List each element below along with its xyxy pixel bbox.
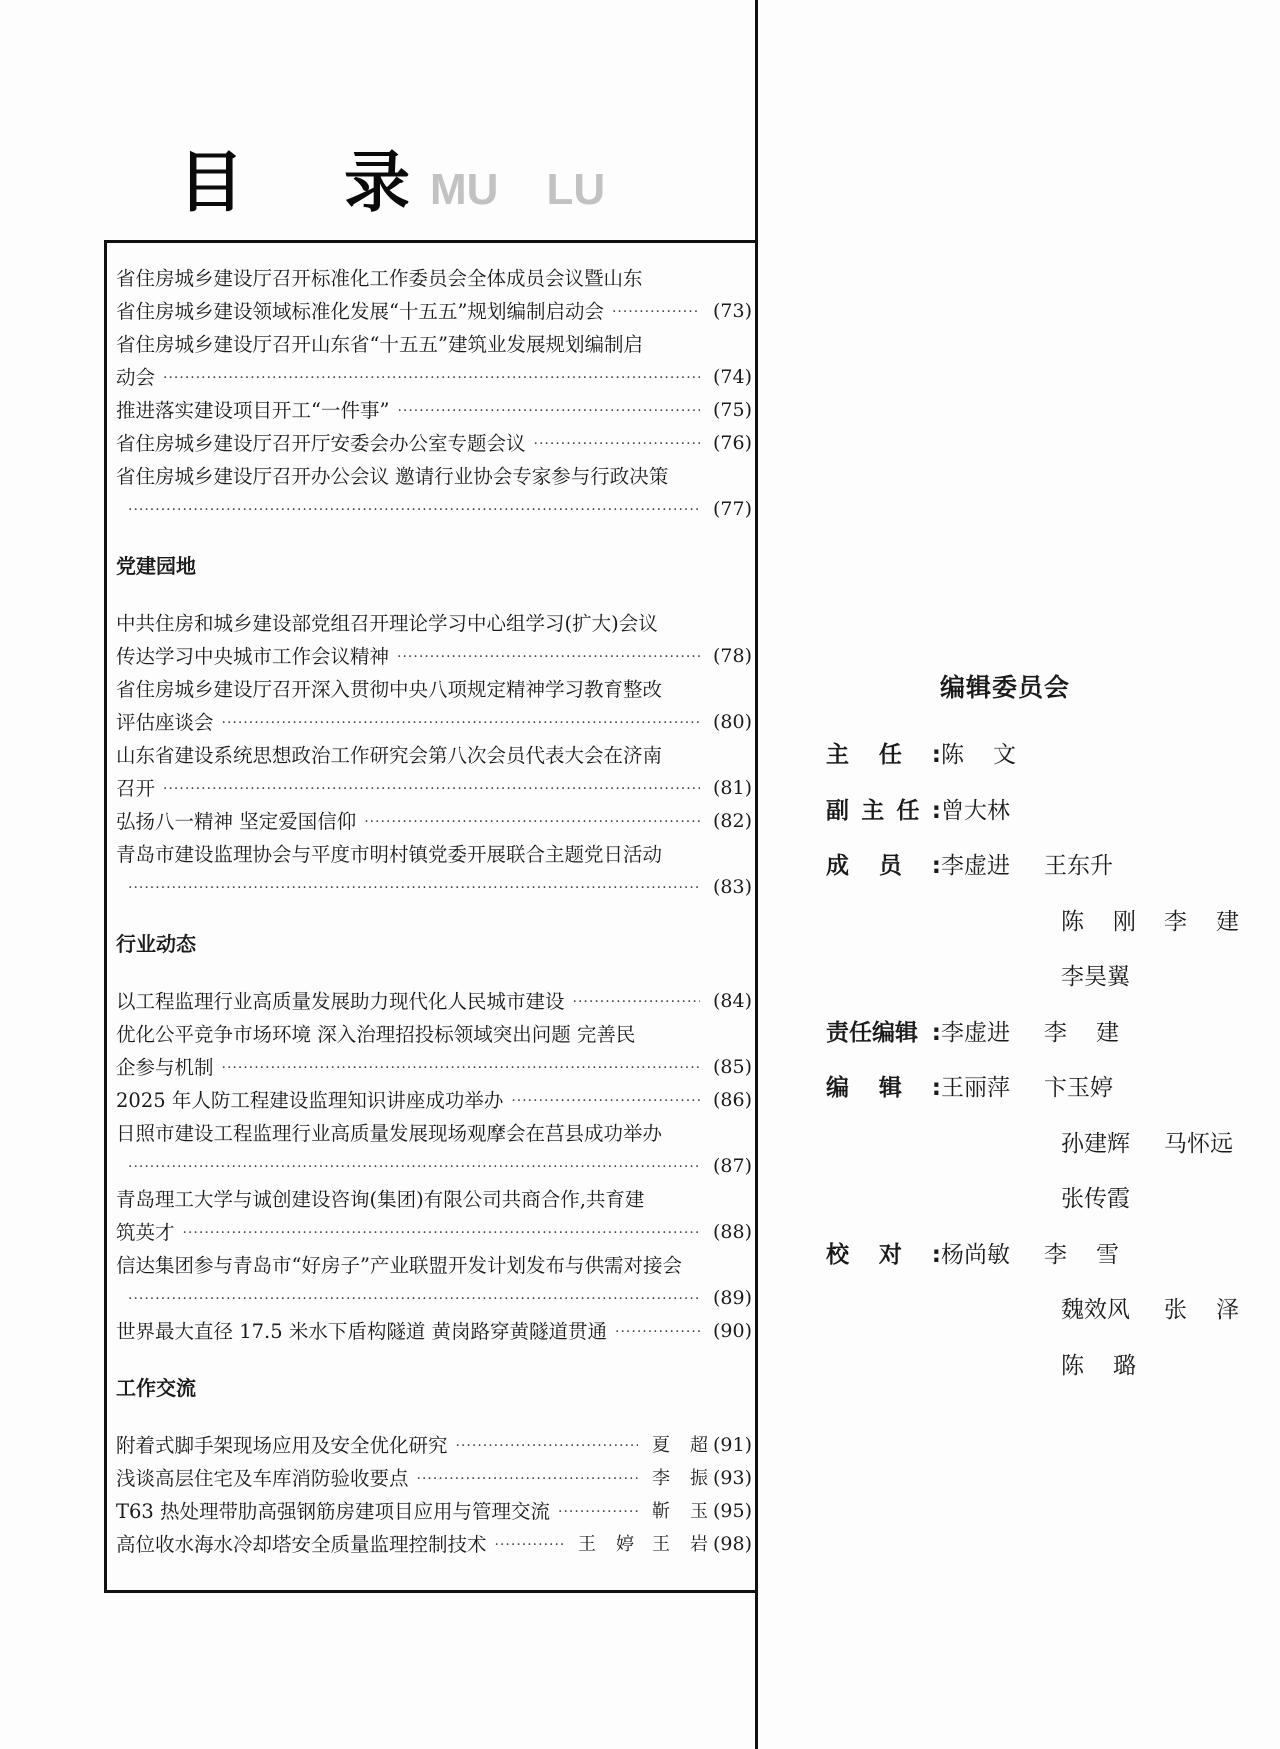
person-name: 李昊翼 [1061, 957, 1136, 997]
table-of-contents: 省住房城乡建设厅召开标准化工作委员会全体成员会议暨山东省住房城乡建设领域标准化发… [116, 262, 752, 1561]
toc-entry[interactable]: (83) [116, 871, 752, 904]
leader-dots [417, 1463, 638, 1496]
toc-page-number: (75) [710, 394, 752, 427]
toc-entry[interactable]: 召开(81) [116, 772, 752, 805]
toc-page-number: (78) [710, 640, 752, 673]
person-name: 李雪 [1044, 1235, 1119, 1275]
committee-names: 张传霞 [1061, 1179, 1164, 1219]
committee-row: 李昊翼 [826, 957, 1164, 997]
person-name: 张泽 [1164, 1290, 1239, 1330]
toc-page-number: (73) [710, 295, 752, 328]
committee-row: 陈璐 [826, 1346, 1164, 1386]
person-name: 孙建辉 [1061, 1124, 1136, 1164]
toc-page-number: (90) [710, 1315, 752, 1348]
committee-names: 陈文 [941, 735, 1044, 775]
toc-page-number: (89) [710, 1282, 752, 1315]
toc-entry-title: 青岛理工大学与诚创建设咨询(集团)有限公司共商合作,共育建 [116, 1183, 644, 1216]
person-name: 陈璐 [1061, 1346, 1136, 1386]
toc-page-number: (87) [710, 1150, 752, 1183]
leader-dots [163, 362, 700, 395]
person-name: 张传霞 [1061, 1179, 1136, 1219]
committee-role-label [826, 902, 946, 942]
committee-names: 李昊翼 [1061, 957, 1164, 997]
leader-dots [511, 1085, 700, 1118]
committee-role-label: 责任编辑: [826, 1013, 941, 1053]
person-name: 杨尚敏 [941, 1235, 1016, 1275]
toc-page-number: (98) [712, 1528, 752, 1561]
person-name: 李虚进 [941, 846, 1016, 886]
committee-names: 陈璐 [1061, 1346, 1164, 1386]
committee-names: 李虚进王东升 [941, 846, 1147, 886]
title-pinyin-lu: LU [546, 168, 605, 212]
toc-entry-title: 浅谈高层住宅及车库消防验收要点 [116, 1462, 409, 1495]
committee-role-label [826, 1179, 946, 1219]
toc-entry[interactable]: 评估座谈会(80) [116, 706, 752, 739]
toc-entry-author: 李振 [652, 1462, 712, 1495]
toc-page-number: (77) [710, 493, 752, 526]
leader-dots [534, 428, 700, 461]
title-char-mu: 目 [178, 148, 244, 218]
person-name: 卞玉婷 [1044, 1068, 1119, 1108]
toc-entry-line: 中共住房和城乡建设部党组召开理论学习中心组学习(扩大)会议 [116, 607, 752, 640]
toc-page-number: (81) [710, 772, 752, 805]
title-char-lu: 录 [344, 148, 410, 218]
toc-entry[interactable]: (77) [116, 493, 752, 526]
toc-page-number: (85) [710, 1051, 752, 1084]
committee-names: 王丽萍卞玉婷 [941, 1068, 1147, 1108]
person-name: 马怀远 [1164, 1124, 1239, 1164]
page-title: 目 录 MU LU [178, 138, 605, 218]
page-divider-line [755, 0, 758, 1749]
leader-dots [364, 806, 700, 839]
toc-entry[interactable]: (87) [116, 1150, 752, 1183]
toc-entry-title: 信达集团参与青岛市“好房子”产业联盟开发计划发布与供需对接会 [116, 1249, 682, 1282]
title-pinyin-mu: MU [430, 168, 498, 212]
committee-row: 校对:杨尚敏李雪 [826, 1235, 1147, 1275]
committee-role-label [826, 957, 946, 997]
toc-entry-line: 信达集团参与青岛市“好房子”产业联盟开发计划发布与供需对接会 [116, 1249, 752, 1282]
toc-page-number: (84) [710, 985, 752, 1018]
toc-entry[interactable]: 以工程监理行业高质量发展助力现代化人民城市建设(84) [116, 985, 752, 1018]
toc-entry-title: 省住房城乡建设领域标准化发展“十五五”规划编制启动会 [116, 295, 604, 328]
leader-dots [612, 296, 700, 329]
leader-dots [397, 641, 700, 674]
toc-entry-line: 省住房城乡建设厅召开深入贯彻中央八项规定精神学习教育整改 [116, 673, 752, 706]
committee-row: 成员:李虚进王东升 [826, 846, 1147, 886]
author-name: 李振 [652, 1462, 708, 1495]
toc-entry-title: 青岛市建设监理协会与平度市明村镇党委开展联合主题党日活动 [116, 838, 662, 871]
committee-role-label [826, 1290, 946, 1330]
committee-role-label [826, 1124, 946, 1164]
section-heading: 党建园地 [116, 550, 752, 583]
leader-dots [222, 1052, 700, 1085]
toc-entry-line: 山东省建设系统思想政治工作研究会第八次会员代表大会在济南 [116, 739, 752, 772]
person-name: 曾大林 [941, 791, 1016, 831]
toc-entry-title: 附着式脚手架现场应用及安全优化研究 [116, 1429, 448, 1462]
toc-page-number: (93) [712, 1462, 752, 1495]
person-name: 李建 [1164, 902, 1239, 942]
toc-entry[interactable]: (89) [116, 1282, 752, 1315]
toc-entry-title: T63 热处理带肋高强钢筋房建项目应用与管理交流 [116, 1495, 550, 1528]
toc-page-number: (88) [710, 1216, 752, 1249]
committee-names: 李虚进李建 [941, 1013, 1147, 1053]
toc-page-number: (76) [710, 427, 752, 460]
toc-entry[interactable]: 高位收水海水冷却塔安全质量监理控制技术王婷王岩(98) [116, 1528, 752, 1561]
person-name: 陈刚 [1061, 902, 1136, 942]
toc-entry-title: 以工程监理行业高质量发展助力现代化人民城市建设 [116, 985, 565, 1018]
committee-names: 陈刚李建 [1061, 902, 1267, 942]
committee-title: 编辑委员会 [940, 668, 1070, 704]
leader-dots [183, 1217, 700, 1250]
toc-entry[interactable]: 传达学习中央城市工作会议精神(78) [116, 640, 752, 673]
leader-dots [163, 773, 700, 806]
toc-entry[interactable]: 省住房城乡建设领域标准化发展“十五五”规划编制启动会(73) [116, 295, 752, 328]
committee-row: 责任编辑:李虚进李建 [826, 1013, 1147, 1053]
committee-row: 主任:陈文 [826, 735, 1044, 775]
toc-entry-author: 夏超 [652, 1429, 712, 1462]
leader-dots [495, 1529, 564, 1562]
toc-entry-line: 青岛理工大学与诚创建设咨询(集团)有限公司共商合作,共育建 [116, 1183, 752, 1216]
toc-entry[interactable]: 2025 年人防工程建设监理知识讲座成功举办(86) [116, 1084, 752, 1117]
leader-dots [558, 1496, 638, 1529]
committee-row: 副主任:曾大林 [826, 791, 1044, 831]
toc-entry-line: 优化公平竞争市场环境 深入治理招投标领域突出问题 完善民 [116, 1018, 752, 1051]
toc-entry-title: 山东省建设系统思想政治工作研究会第八次会员代表大会在济南 [116, 739, 662, 772]
toc-entry-title: 筑英才 [116, 1216, 175, 1249]
toc-entry-line: 省住房城乡建设厅召开标准化工作委员会全体成员会议暨山东 [116, 262, 752, 295]
toc-entry-title: 召开 [116, 772, 155, 805]
toc-entry[interactable]: T63 热处理带肋高强钢筋房建项目应用与管理交流靳玉(95) [116, 1495, 752, 1528]
toc-entry-line: 省住房城乡建设厅召开山东省“十五五”建筑业发展规划编制启 [116, 328, 752, 361]
toc-entry-title: 评估座谈会 [116, 706, 214, 739]
leader-dots [128, 1151, 700, 1184]
author-name: 靳玉 [652, 1495, 708, 1528]
toc-entry[interactable]: 企参与机制(85) [116, 1051, 752, 1084]
toc-entry-title: 省住房城乡建设厅召开办公会议 邀请行业协会专家参与行政决策 [116, 460, 668, 493]
toc-entry-title: 企参与机制 [116, 1051, 214, 1084]
toc-entry[interactable]: 筑英才(88) [116, 1216, 752, 1249]
toc-entry-line: 省住房城乡建设厅召开办公会议 邀请行业协会专家参与行政决策 [116, 460, 752, 493]
toc-entry-title: 高位收水海水冷却塔安全质量监理控制技术 [116, 1528, 487, 1561]
toc-entry-title: 优化公平竞争市场环境 深入治理招投标领域突出问题 完善民 [116, 1018, 635, 1051]
toc-entry-title: 弘扬八一精神 坚定爱国信仰 [116, 805, 356, 838]
toc-entry-title: 日照市建设工程监理行业高质量发展现场观摩会在莒县成功举办 [116, 1117, 662, 1150]
person-name: 陈文 [941, 735, 1016, 775]
toc-entry[interactable]: 动会(74) [116, 361, 752, 394]
leader-dots [128, 494, 700, 527]
toc-entry[interactable]: 省住房城乡建设厅召开厅安委会办公室专题会议(76) [116, 427, 752, 460]
author-name: 王婷 [578, 1528, 634, 1561]
toc-page-number: (83) [710, 871, 752, 904]
toc-entry-author: 靳玉 [652, 1495, 712, 1528]
toc-page-number: (91) [712, 1429, 752, 1462]
committee-role-label: 主任: [826, 735, 941, 775]
committee-row: 编辑:王丽萍卞玉婷 [826, 1068, 1147, 1108]
leader-dots [615, 1316, 700, 1349]
committee-role-label: 成员: [826, 846, 941, 886]
committee-names: 孙建辉马怀远 [1061, 1124, 1267, 1164]
toc-entry[interactable]: 弘扬八一精神 坚定爱国信仰(82) [116, 805, 752, 838]
toc-entry[interactable]: 世界最大直径 17.5 米水下盾构隧道 黄岗路穿黄隧道贯通(90) [116, 1315, 752, 1348]
toc-entry-title: 2025 年人防工程建设监理知识讲座成功举办 [116, 1084, 503, 1117]
person-name: 李建 [1044, 1013, 1119, 1053]
section-heading: 行业动态 [116, 928, 752, 961]
toc-page-number: (80) [710, 706, 752, 739]
leader-dots [397, 395, 700, 428]
leader-dots [222, 707, 700, 740]
committee-role-label [826, 1346, 946, 1386]
toc-entry-title: 省住房城乡建设厅召开山东省“十五五”建筑业发展规划编制启 [116, 328, 643, 361]
toc-entry-title: 省住房城乡建设厅召开深入贯彻中央八项规定精神学习教育整改 [116, 673, 662, 706]
toc-entry-title: 省住房城乡建设厅召开厅安委会办公室专题会议 [116, 427, 526, 460]
leader-dots [456, 1430, 638, 1463]
committee-row: 魏效风张泽 [826, 1290, 1267, 1330]
person-name: 王东升 [1044, 846, 1119, 886]
committee-row: 陈刚李建 [826, 902, 1267, 942]
committee-names: 杨尚敏李雪 [941, 1235, 1147, 1275]
toc-entry-line: 日照市建设工程监理行业高质量发展现场观摩会在莒县成功举办 [116, 1117, 752, 1150]
committee-role-label: 副主任: [826, 791, 941, 831]
toc-entry-title: 推进落实建设项目开工“一件事” [116, 394, 389, 427]
person-name: 王丽萍 [941, 1068, 1016, 1108]
toc-entry-title: 传达学习中央城市工作会议精神 [116, 640, 389, 673]
committee-row: 张传霞 [826, 1179, 1164, 1219]
committee-role-label: 校对: [826, 1235, 941, 1275]
committee-names: 魏效风张泽 [1061, 1290, 1267, 1330]
toc-entry[interactable]: 附着式脚手架现场应用及安全优化研究夏超(91) [116, 1429, 752, 1462]
toc-entry-title: 动会 [116, 361, 155, 394]
toc-page-number: (86) [710, 1084, 752, 1117]
leader-dots [128, 872, 700, 905]
toc-page-number: (74) [710, 361, 752, 394]
toc-entry-line: 青岛市建设监理协会与平度市明村镇党委开展联合主题党日活动 [116, 838, 752, 871]
toc-entry[interactable]: 推进落实建设项目开工“一件事”(75) [116, 394, 752, 427]
author-name: 王岩 [652, 1528, 708, 1561]
committee-role-label: 编辑: [826, 1068, 941, 1108]
leader-dots [573, 986, 700, 1019]
person-name: 魏效风 [1061, 1290, 1136, 1330]
toc-entry-title: 世界最大直径 17.5 米水下盾构隧道 黄岗路穿黄隧道贯通 [116, 1315, 607, 1348]
section-heading: 工作交流 [116, 1372, 752, 1405]
person-name: 李虚进 [941, 1013, 1016, 1053]
committee-names: 曾大林 [941, 791, 1044, 831]
toc-entry-author: 王婷王岩 [578, 1528, 712, 1561]
toc-page-number: (95) [712, 1495, 752, 1528]
toc-entry-title: 省住房城乡建设厅召开标准化工作委员会全体成员会议暨山东 [116, 262, 643, 295]
toc-page-number: (82) [710, 805, 752, 838]
leader-dots [128, 1283, 700, 1316]
author-name: 夏超 [652, 1429, 708, 1462]
toc-entry[interactable]: 浅谈高层住宅及车库消防验收要点李振(93) [116, 1462, 752, 1495]
toc-entry-title: 中共住房和城乡建设部党组召开理论学习中心组学习(扩大)会议 [116, 607, 658, 640]
committee-row: 孙建辉马怀远 [826, 1124, 1267, 1164]
